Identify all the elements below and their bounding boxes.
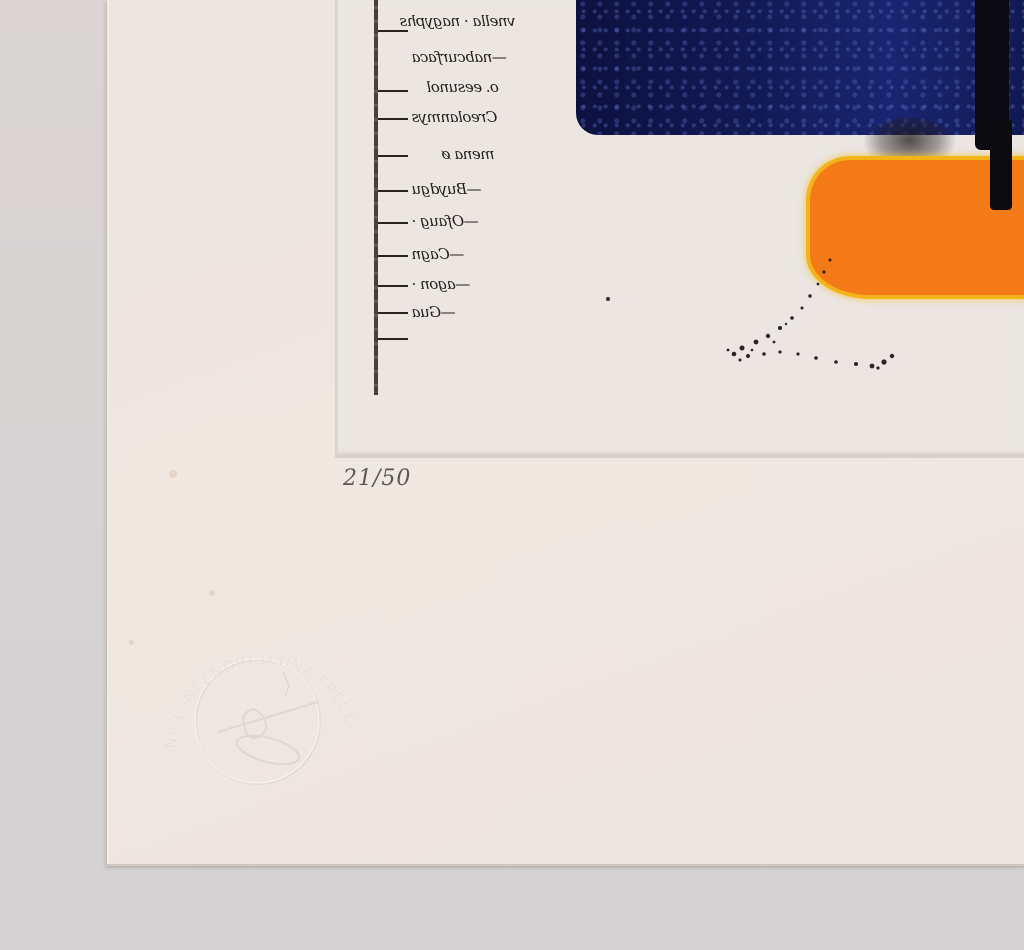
script-margin-rule [374,0,378,395]
script-line: Creolanmys [412,108,497,126]
edition-number: 21/50 [343,466,411,491]
script-line: —Gua [412,303,456,321]
script-line: —Ofaug · [412,212,479,230]
stippled-gesture-line [720,250,910,380]
script-line: —nabcurfaca [412,48,507,66]
mirror-script-column: vnella · nagyphs —nabcurfaca o. eesunol … [372,0,577,400]
black-vertical-stroke-lower [990,120,1012,210]
script-line: o. eesunol [427,78,499,96]
script-line: —Cagn [412,245,464,263]
script-line: —Buydgu [412,180,482,198]
navy-color-block [576,0,1024,135]
paper-edge-shadow [107,864,1024,868]
svg-text:... NE L'INCENDIO D'UNA FRECCI: ... NE L'INCENDIO D'UNA FRECCIA STAMPA [148,622,361,775]
embossed-stamp: ... NE L'INCENDIO D'UNA FRECCIA STAMPA [148,622,368,797]
script-line: —agon · [412,275,470,293]
emboss-text: ... NE L'INCENDIO D'UNA FRECCIA STAMPA [148,622,361,775]
script-line: mena ø [442,145,495,163]
ink-speck [606,297,610,301]
script-line: vnella · nagyphs [400,12,516,30]
